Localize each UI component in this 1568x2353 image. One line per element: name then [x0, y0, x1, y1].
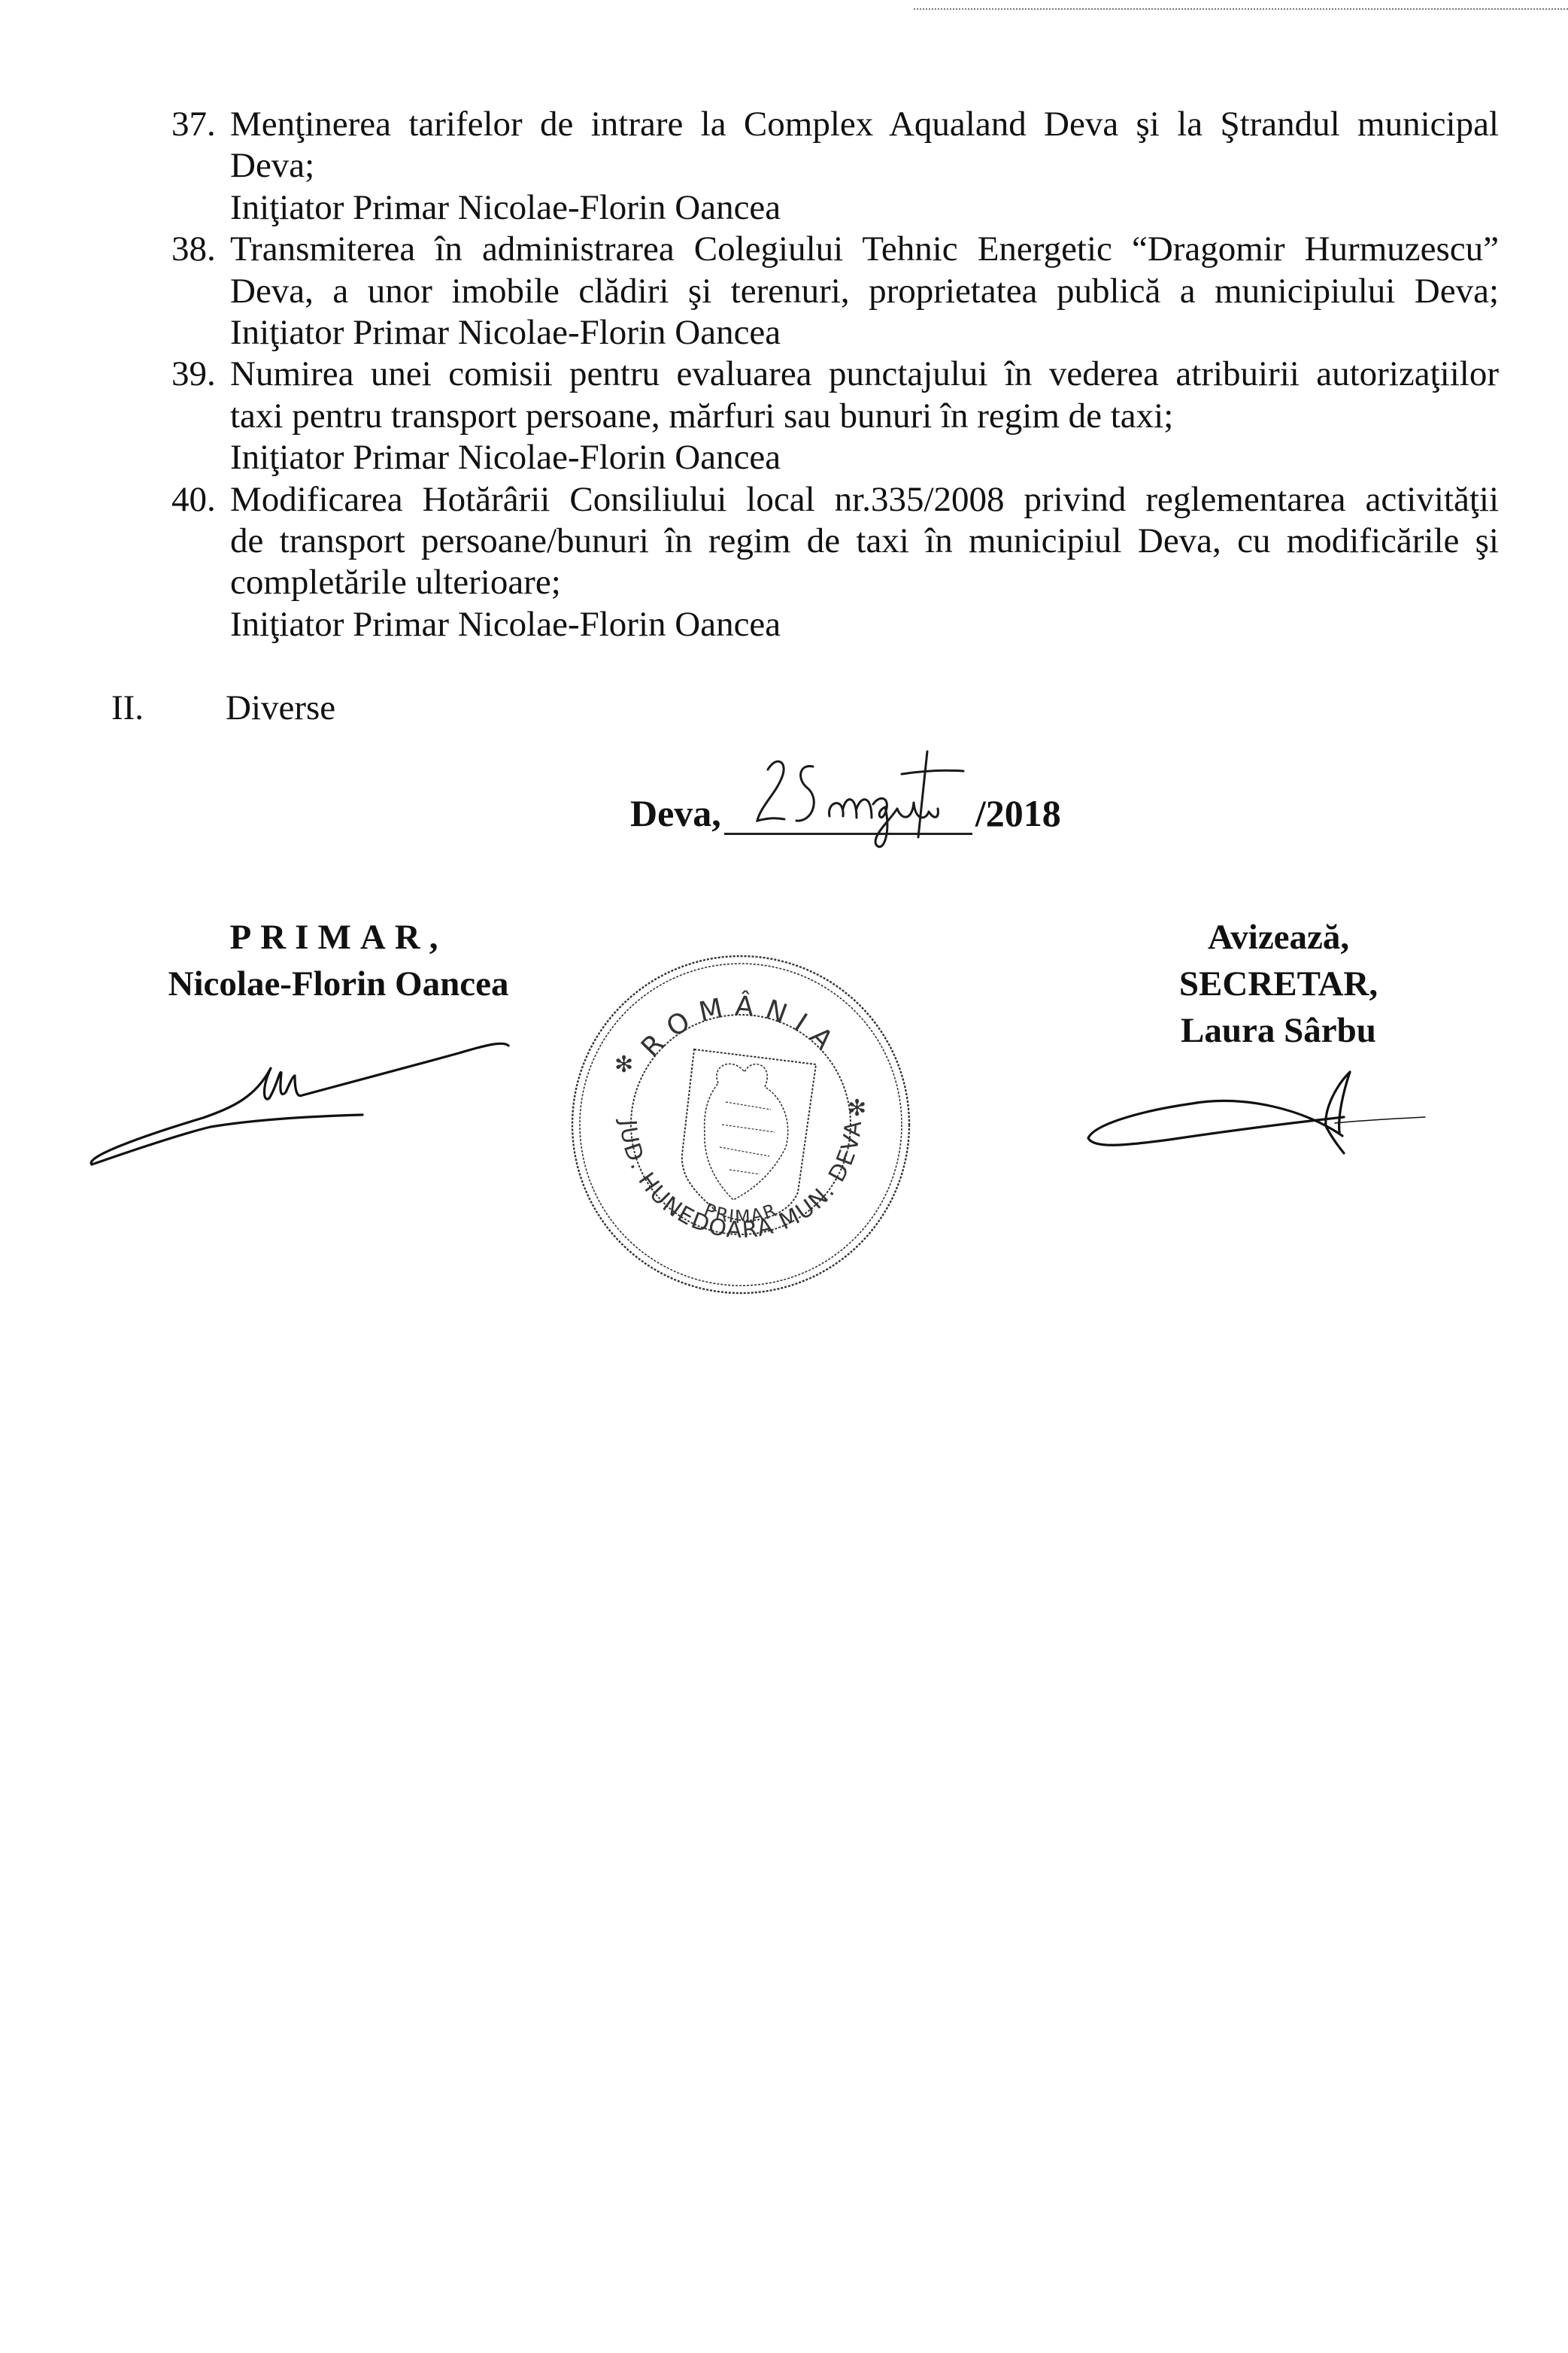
signature-block-mayor: PRIMAR, Nicolae-Florin Oancea [162, 914, 515, 1007]
item-text-line: Deva, a unor imobile clădiri şi terenuri… [230, 271, 1499, 312]
date-handwritten-field: 25 august [724, 780, 972, 835]
item-number: 40. [171, 479, 230, 646]
section-diverse: II. Diverse [111, 688, 335, 729]
date-line: Deva, 25 august /2018 [630, 775, 1061, 835]
item-text-line: Deva; [230, 145, 1499, 187]
signatory-name: Nicolae-Florin Oancea [162, 961, 515, 1007]
item-text-line: Numirea unei comisii pentru evaluarea pu… [230, 354, 1499, 395]
agenda-item-39: 39. Numirea unei comisii pentru evaluare… [171, 354, 1499, 478]
signature-secretary-icon [1079, 1064, 1455, 1177]
date-year: /2018 [975, 791, 1061, 835]
signatory-title: PRIMAR, [162, 914, 515, 961]
stamp-top-text: ROMÂNIA [635, 990, 846, 1064]
item-text-line: taxi pentru transport persoane, mărfuri … [230, 396, 1499, 437]
signature-block-secretary: Avizează, SECRETAR, Laura Sârbu [1151, 914, 1406, 1054]
svg-text:✻: ✻ [848, 1095, 866, 1122]
item-text-line: Modificarea Hotărârii Consiliului local … [230, 479, 1499, 521]
section-label: Diverse [226, 688, 335, 729]
item-number: 37. [171, 104, 230, 229]
official-stamp: ROMÂNIA JUD. HUNEDOARA MUN. DEVA PRIMAR … [568, 952, 914, 1298]
stamp-seal-icon: ROMÂNIA JUD. HUNEDOARA MUN. DEVA PRIMAR … [568, 952, 914, 1298]
date-place: Deva, [630, 791, 721, 835]
signature-mayor-icon [83, 1023, 519, 1173]
item-initiator: Iniţiator Primar Nicolae-Florin Oancea [230, 437, 1499, 478]
item-number: 39. [171, 354, 230, 478]
endorsement-label: Avizează, [1151, 914, 1406, 961]
item-initiator: Iniţiator Primar Nicolae-Florin Oancea [230, 187, 1499, 229]
document-page: 37. Menţinerea tarifelor de intrare la C… [0, 0, 1568, 2353]
item-text-line: Menţinerea tarifelor de intrare la Compl… [230, 104, 1499, 145]
item-initiator: Iniţiator Primar Nicolae-Florin Oancea [230, 604, 1499, 645]
agenda-list: 37. Menţinerea tarifelor de intrare la C… [171, 104, 1499, 645]
agenda-item-40: 40. Modificarea Hotărârii Consiliului lo… [171, 479, 1499, 646]
item-text-line: de transport persoane/bunuri în regim de… [230, 521, 1499, 562]
handwriting-icon [724, 748, 972, 839]
item-initiator: Iniţiator Primar Nicolae-Florin Oancea [230, 312, 1499, 354]
signatory-title: SECRETAR, [1151, 961, 1406, 1007]
svg-text:✻: ✻ [614, 1052, 633, 1078]
signatory-name: Laura Sârbu [1151, 1007, 1406, 1054]
agenda-item-37: 37. Menţinerea tarifelor de intrare la C… [171, 104, 1499, 229]
item-text-line: Transmiterea în administrarea Colegiului… [230, 229, 1499, 270]
agenda-item-38: 38. Transmiterea în administrarea Colegi… [171, 229, 1499, 354]
item-number: 38. [171, 229, 230, 354]
scan-edge-line [914, 8, 1568, 10]
section-number: II. [111, 688, 226, 729]
item-text-line: completările ulterioare; [230, 562, 1499, 603]
